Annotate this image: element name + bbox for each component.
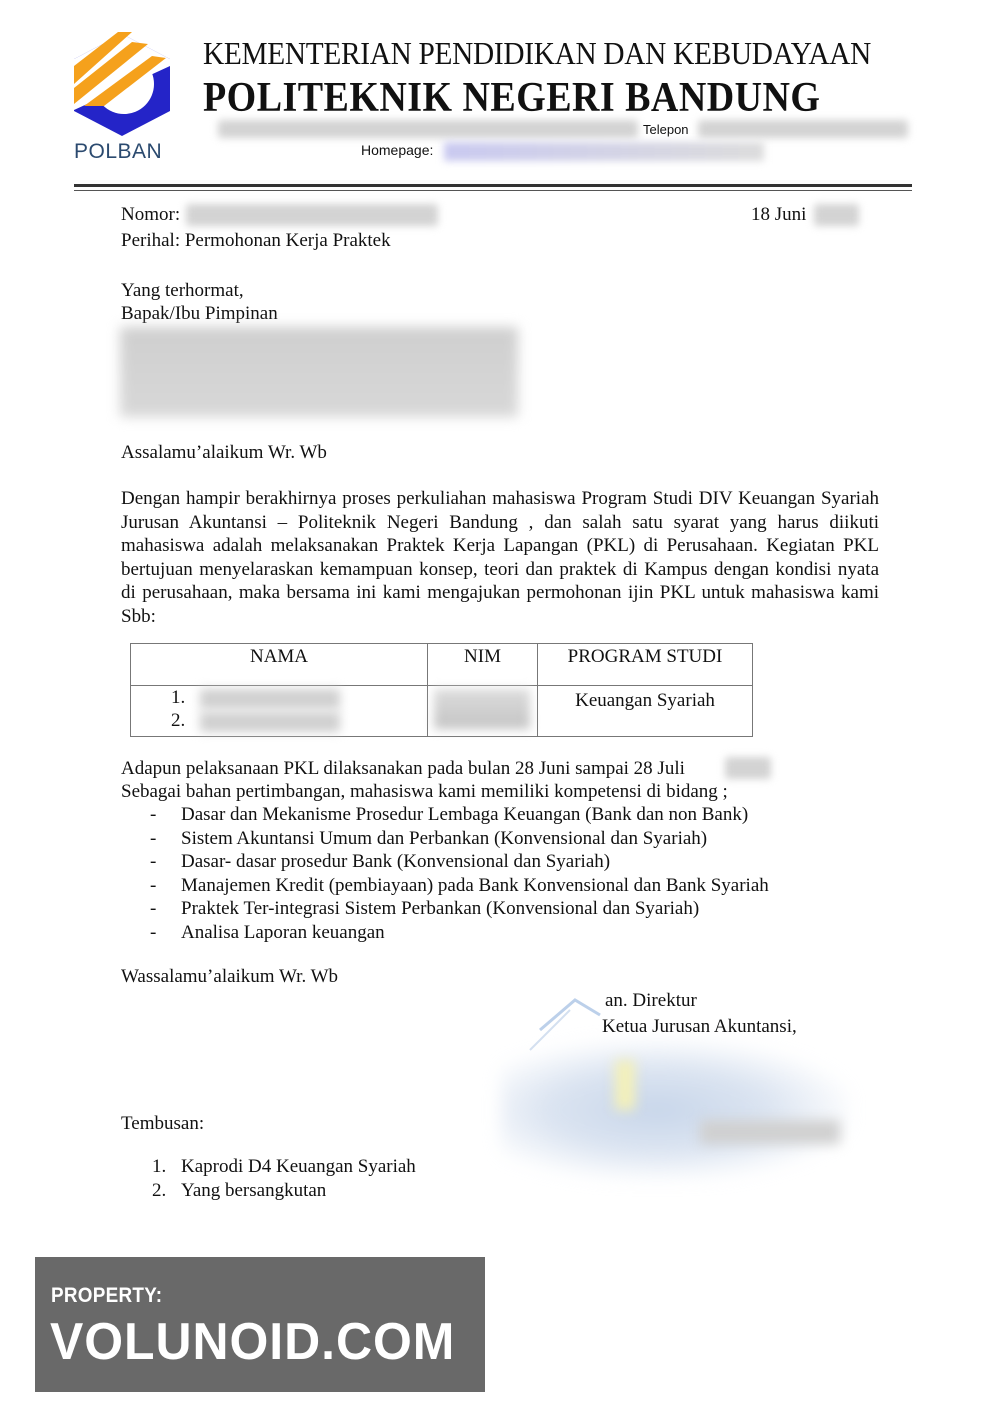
body-paragraph: Dengan hampir berakhirnya proses perkuli… xyxy=(121,487,879,628)
watermark-banner: PROPERTY: VOLUNOID.COM xyxy=(35,1257,485,1392)
competency-list: -Dasar dan Mekanisme Prosedur Lembaga Ke… xyxy=(150,803,769,945)
signatory-on-behalf: an. Direktur xyxy=(605,989,697,1013)
salutation: Yang terhormat, xyxy=(121,279,244,303)
table-header-row: NAMA NIM PROGRAM STUDI xyxy=(131,644,753,686)
header-nim: NIM xyxy=(428,644,538,686)
student-name-redacted xyxy=(200,689,340,709)
signature-redacted xyxy=(500,1040,850,1180)
phone-label: Telepon xyxy=(643,122,689,137)
homepage-link-redacted[interactable] xyxy=(444,142,764,161)
student-program-cell: Keuangan Syariah xyxy=(538,686,753,737)
student-name-1: 1. xyxy=(131,686,427,709)
watermark-site: VOLUNOID.COM xyxy=(50,1312,455,1372)
student-name-redacted xyxy=(200,712,340,732)
student-nim-redacted xyxy=(434,689,530,729)
closing-greeting: Wassalamu’alaikum Wr. Wb xyxy=(121,965,338,989)
letter-year-redacted xyxy=(814,204,859,226)
list-item: -Sistem Akuntansi Umum dan Perbankan (Ko… xyxy=(150,827,769,851)
signatory-name-redacted xyxy=(700,1120,840,1144)
students-table: NAMA NIM PROGRAM STUDI 1. 2. Keuangan Sy… xyxy=(130,643,753,737)
list-item: -Praktek Ter-integrasi Sistem Perbankan … xyxy=(150,897,769,921)
opening-greeting: Assalamu’alaikum Wr. Wb xyxy=(121,441,327,465)
header-divider-thick xyxy=(74,184,912,187)
header-nama: NAMA xyxy=(131,644,428,686)
recipient-address-redacted xyxy=(120,327,518,417)
schedule-text: Adapun pelaksanaan PKL dilaksanakan pada… xyxy=(121,757,685,781)
student-name-2: 2. xyxy=(131,709,427,732)
polban-logo-icon xyxy=(70,26,175,141)
carbon-copy-list: 1.Kaprodi D4 Keuangan Syariah 2.Yang ber… xyxy=(152,1155,416,1202)
list-item: -Dasar- dasar prosedur Bank (Konvensiona… xyxy=(150,850,769,874)
competency-intro: Sebagai bahan pertimbangan, mahasiswa ka… xyxy=(121,780,728,804)
header-program: PROGRAM STUDI xyxy=(538,644,753,686)
list-item: -Manajemen Kredit (pembiayaan) pada Bank… xyxy=(150,874,769,898)
schedule-year-redacted xyxy=(725,757,771,779)
stamp-highlight xyxy=(615,1060,635,1110)
list-item: 2.Yang bersangkutan xyxy=(152,1179,416,1203)
institution-name: POLITEKNIK NEGERI BANDUNG xyxy=(203,74,820,122)
letter-subject: Perihal: Permohonan Kerja Praktek xyxy=(121,229,391,253)
logo-text: POLBAN xyxy=(74,140,162,164)
table-row: 1. 2. Keuangan Syariah xyxy=(131,686,753,737)
recipient-title: Bapak/Ibu Pimpinan xyxy=(121,302,278,326)
letter-number-redacted xyxy=(186,204,438,226)
student-names-cell: 1. 2. xyxy=(131,686,428,737)
ministry-name: KEMENTERIAN PENDIDIKAN DAN KEBUDAYAAN xyxy=(203,36,871,72)
list-item: -Analisa Laporan keuangan xyxy=(150,921,769,945)
list-item: -Dasar dan Mekanisme Prosedur Lembaga Ke… xyxy=(150,803,769,827)
address-redacted xyxy=(218,120,638,138)
carbon-copy-label: Tembusan: xyxy=(121,1112,204,1136)
header-divider-thin xyxy=(74,190,912,191)
phone-redacted xyxy=(698,120,908,138)
letter-date: 18 Juni xyxy=(751,203,806,227)
student-nim-cell xyxy=(428,686,538,737)
list-item: 1.Kaprodi D4 Keuangan Syariah xyxy=(152,1155,416,1179)
homepage-label: Homepage: xyxy=(361,142,433,158)
watermark-label: PROPERTY: xyxy=(51,1284,162,1308)
signatory-title: Ketua Jurusan Akuntansi, xyxy=(602,1015,797,1039)
letter-number-label: Nomor: xyxy=(121,203,180,227)
